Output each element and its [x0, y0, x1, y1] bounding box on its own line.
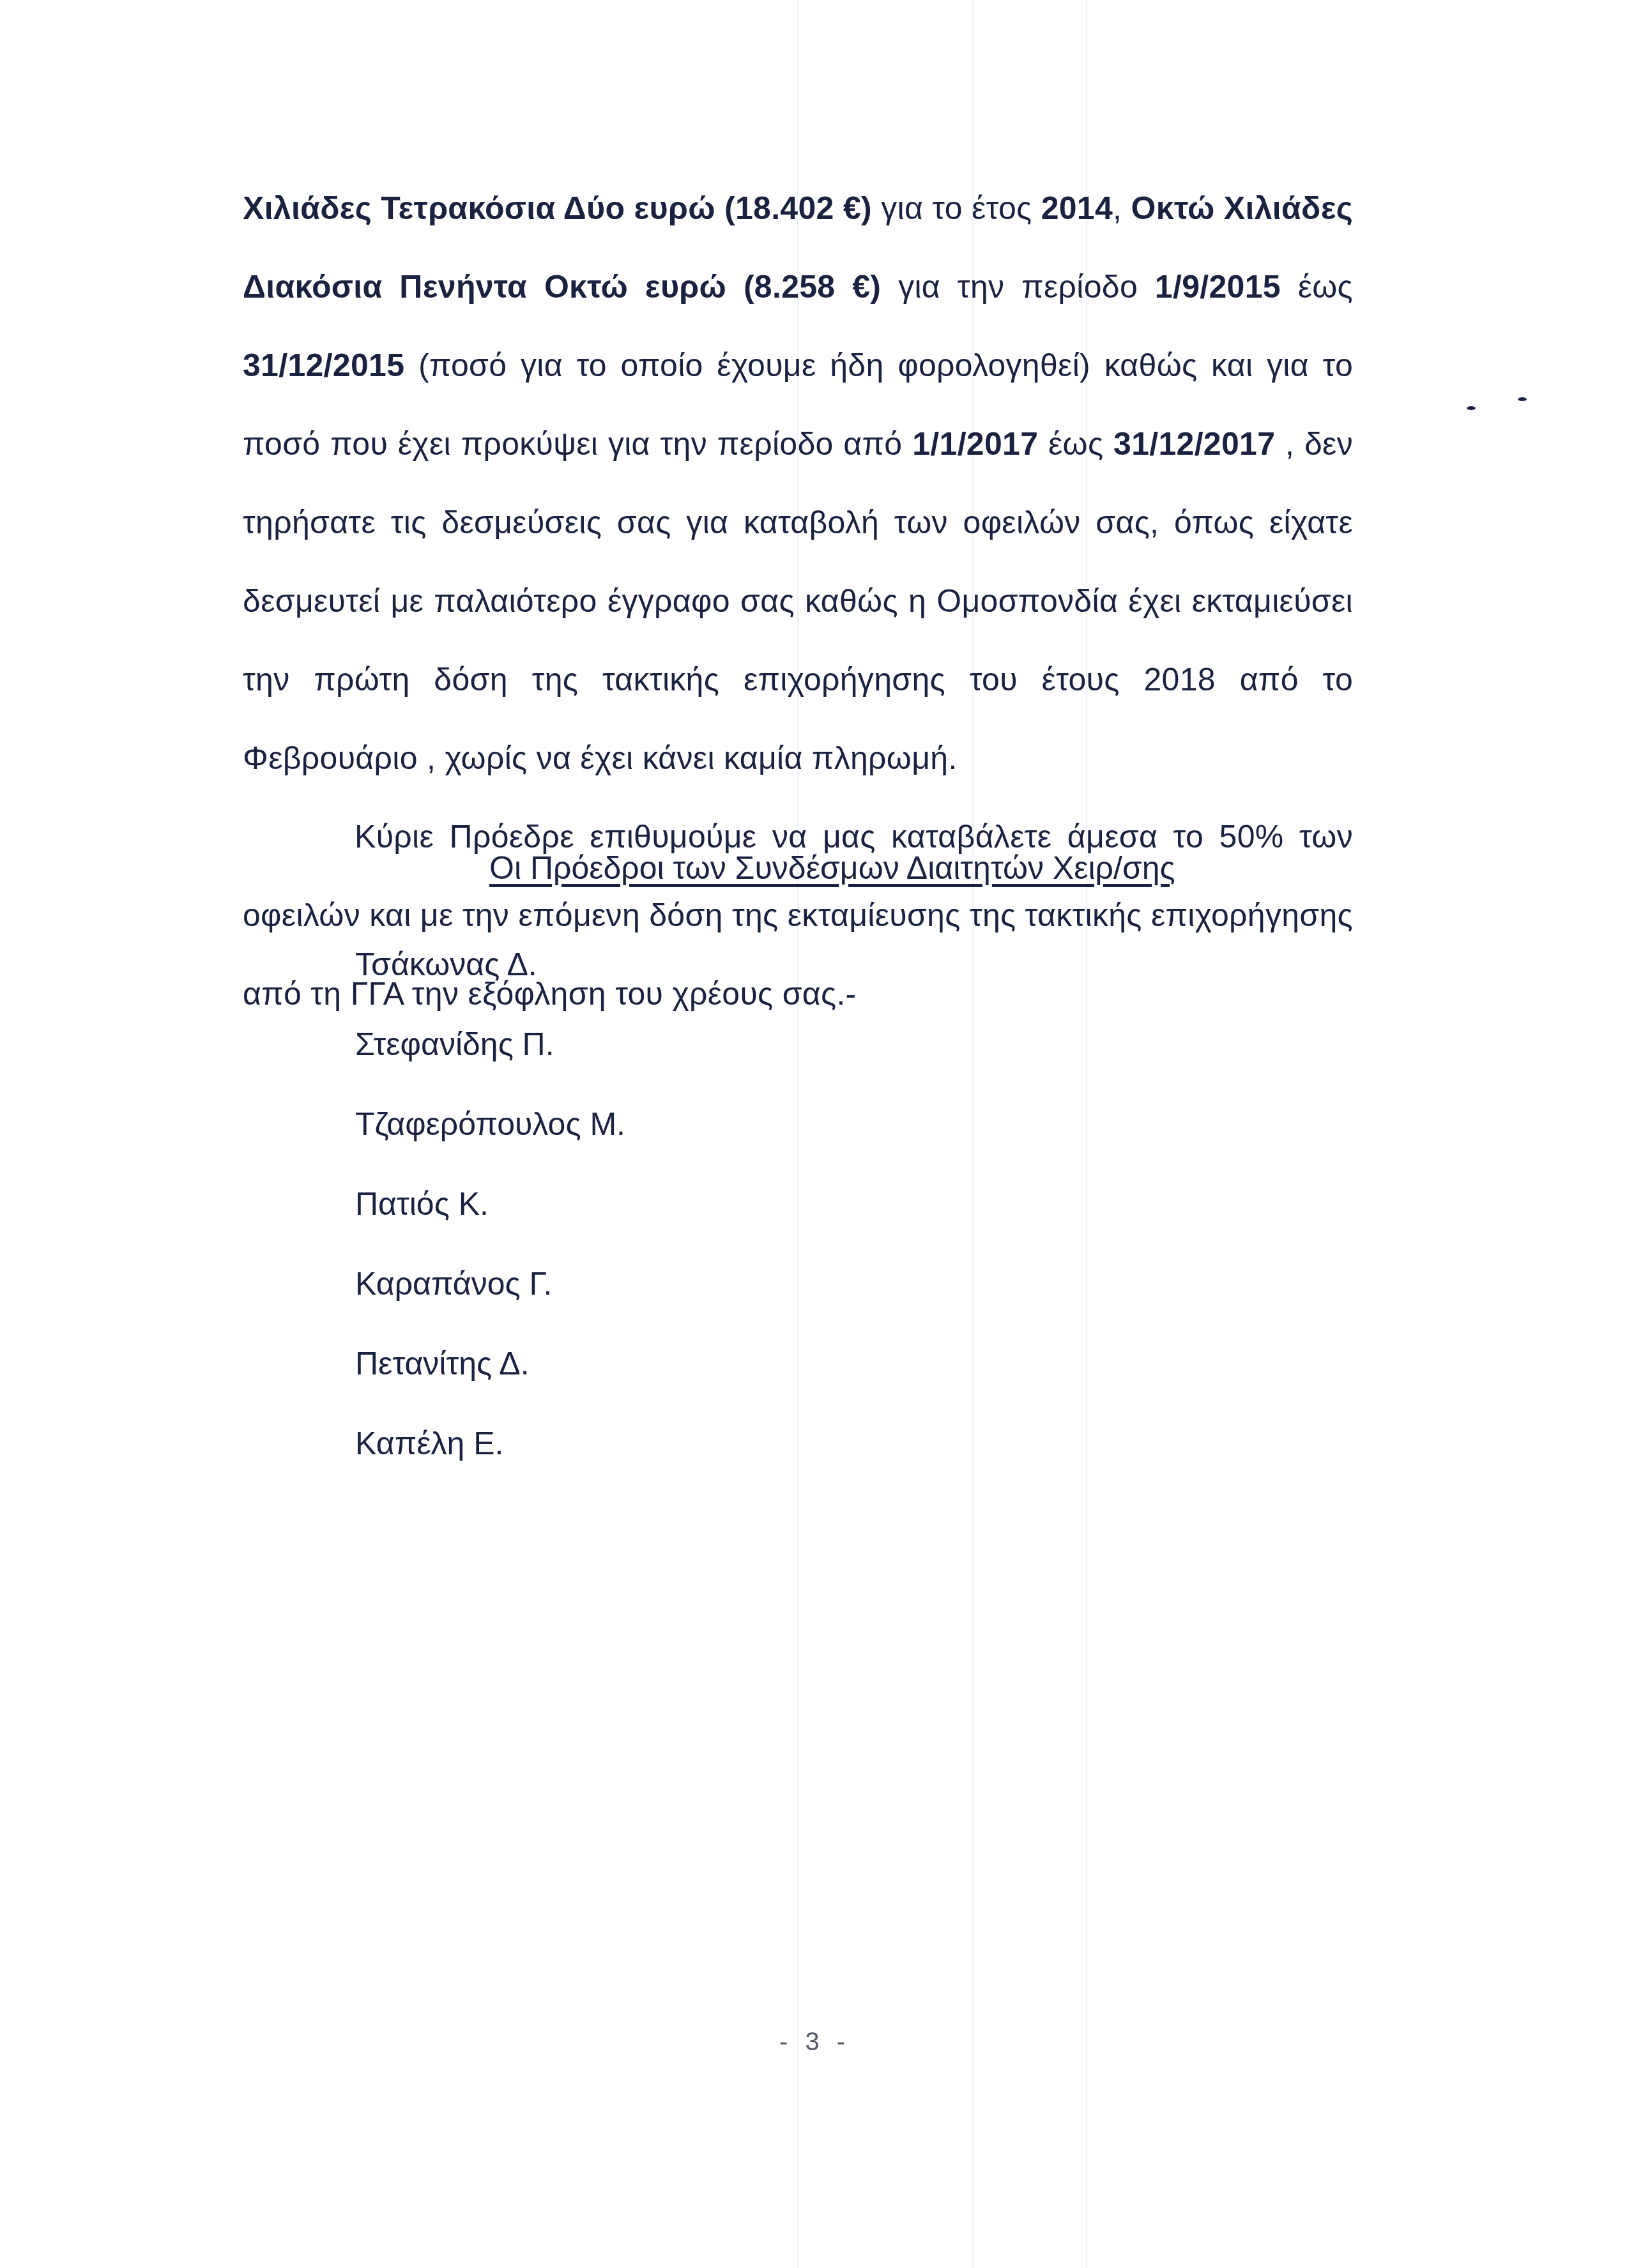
signature-title: Οι Πρόεδροι των Συνδέσμων Διαιτητών Χειρ… — [489, 849, 1175, 887]
text-segment: , δεν τηρήσατε τις δεσμεύσεις σας για κα… — [243, 426, 1353, 776]
signers-list: Τσάκωνας Δ.Στεφανίδης Π.Τζαφερόπουλος Μ.… — [355, 925, 625, 1484]
text-segment: για το έτος — [872, 190, 1041, 226]
bold-text-segment: Χιλιάδες Τετρακόσια Δύο ευρώ (18.402 €) — [243, 190, 872, 226]
scan-speck — [1467, 406, 1476, 410]
signer-name: Καπέλη Ε. — [355, 1404, 625, 1484]
scan-speck — [1518, 397, 1527, 401]
signer-name: Στεφανίδης Π. — [355, 1005, 625, 1085]
signer-name: Καραπάνος Γ. — [355, 1244, 625, 1324]
paragraph: Χιλιάδες Τετρακόσια Δύο ευρώ (18.402 €) … — [243, 169, 1353, 798]
text-segment: για την περίοδο — [881, 269, 1155, 305]
text-segment: έως — [1038, 426, 1113, 462]
page-number: - 3 - — [779, 2028, 850, 2057]
bold-text-segment: 1/1/2017 — [912, 426, 1038, 462]
bold-text-segment: 31/12/2015 — [243, 347, 404, 383]
text-segment: , — [1113, 190, 1131, 226]
bold-text-segment: 1/9/2015 — [1155, 269, 1281, 305]
signer-name: Τζαφερόπουλος Μ. — [355, 1085, 625, 1164]
bold-text-segment: 2014 — [1041, 190, 1113, 226]
document-page: Χιλιάδες Τετρακόσια Δύο ευρώ (18.402 €) … — [0, 0, 1627, 2268]
text-segment: έως — [1281, 269, 1353, 305]
bold-text-segment: 31/12/2017 — [1113, 426, 1275, 462]
signer-name: Τσάκωνας Δ. — [355, 925, 625, 1005]
signer-name: Πατιός Κ. — [355, 1164, 625, 1244]
signer-name: Πετανίτης Δ. — [355, 1324, 625, 1404]
letter-body: Χιλιάδες Τετρακόσια Δύο ευρώ (18.402 €) … — [243, 169, 1353, 1033]
